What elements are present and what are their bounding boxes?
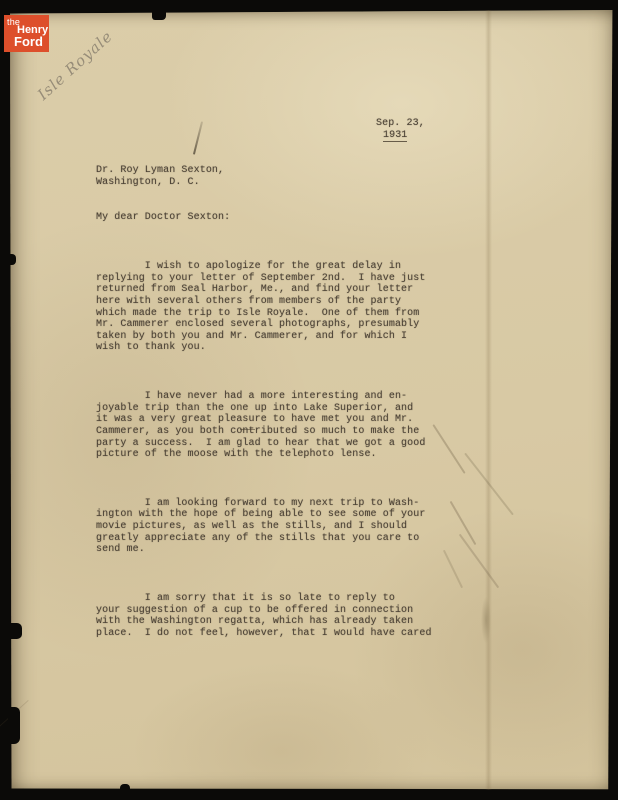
paragraph-4: I am sorry that it is so late to reply t… <box>96 593 432 639</box>
paragraph-1: I wish to apologize for the great delay … <box>96 261 432 354</box>
letter-body: I wish to apologize for the great delay … <box>96 238 432 677</box>
recipient-address: Dr. Roy Lyman Sexton,Washington, D. C. <box>96 165 224 188</box>
edge-notch <box>120 784 130 792</box>
edge-notch <box>8 254 16 265</box>
edge-notch <box>8 623 22 639</box>
recipient-name: Dr. Roy Lyman Sexton, <box>96 165 224 176</box>
scanned-letter-viewer: { "source": { "logo": { "prefix": "the",… <box>0 0 618 800</box>
paragraph-3: I am looking forward to my next trip to … <box>96 498 432 556</box>
letter-date: Sep. 23,1931 <box>376 118 425 142</box>
fold-crease-smudge <box>481 596 491 644</box>
edge-notch <box>152 8 166 20</box>
henry-ford-logo: the Henry Ford <box>4 15 49 52</box>
pencil-slash-mark <box>193 121 203 154</box>
paragraph-2: I have never had a more interesting and … <box>96 391 432 461</box>
letter-date-year: 1931 <box>383 130 407 143</box>
logo-ford: Ford <box>14 34 43 49</box>
letter-date-line1: Sep. 23, <box>376 118 425 129</box>
letter-paper: Isle Royale Sep. 23,1931 Dr. Roy Lyman S… <box>10 10 613 790</box>
salutation: My dear Doctor Sexton: <box>96 212 230 224</box>
pencil-dash-mark <box>240 429 255 430</box>
edge-notch <box>8 707 20 744</box>
recipient-city: Washington, D. C. <box>96 177 200 188</box>
fold-crease <box>485 10 492 790</box>
